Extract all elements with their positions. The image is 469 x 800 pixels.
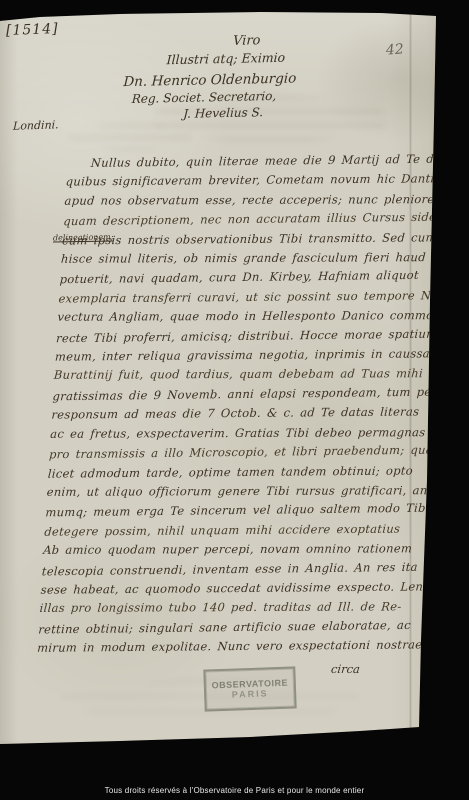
- place-line-londini: Londini.: [13, 118, 59, 133]
- folio-annotation: [1514]: [6, 21, 59, 39]
- manuscript-line: recte Tibi proferri, amicisq; distribui.…: [56, 324, 435, 348]
- manuscript-line: vectura Angliam, quae modo in Hellespont…: [57, 306, 436, 327]
- catchword: circa: [330, 662, 360, 676]
- manuscript-photo: [1514] 42 Viro Illustri atq; Eximio Dn. …: [0, 0, 469, 800]
- stamp-line-paris: PARIS: [232, 688, 269, 699]
- letter-body: Nullus dubito, quin literae meae die 9 M…: [37, 150, 446, 658]
- manuscript-line: licet admodum tarde, optime tamen tandem…: [47, 461, 426, 484]
- manuscript-line: cum ipsis nostris observationibus Tibi t…: [62, 228, 441, 251]
- copyright-notice: Tous droits réservés à l'Observatoire de…: [0, 786, 469, 795]
- manuscript-line: detegere possim, nihil unquam mihi accid…: [44, 519, 423, 542]
- manuscript-line: Ab amico quodam nuper percepi, novam omn…: [43, 539, 422, 560]
- ink-showthrough: [70, 124, 190, 150]
- manuscript-line: quibus significaveram breviter, Cometam …: [65, 170, 444, 193]
- manuscript-line: telescopia construendi, inventam esse in…: [41, 557, 420, 581]
- paper-sheet: [1514] 42 Viro Illustri atq; Eximio Dn. …: [0, 0, 469, 800]
- letter-address-heading: Viro Illustri atq; Eximio Dn. Henrico Ol…: [58, 30, 392, 123]
- observatory-stamp: OBSERVATOIRE PARIS: [203, 666, 296, 711]
